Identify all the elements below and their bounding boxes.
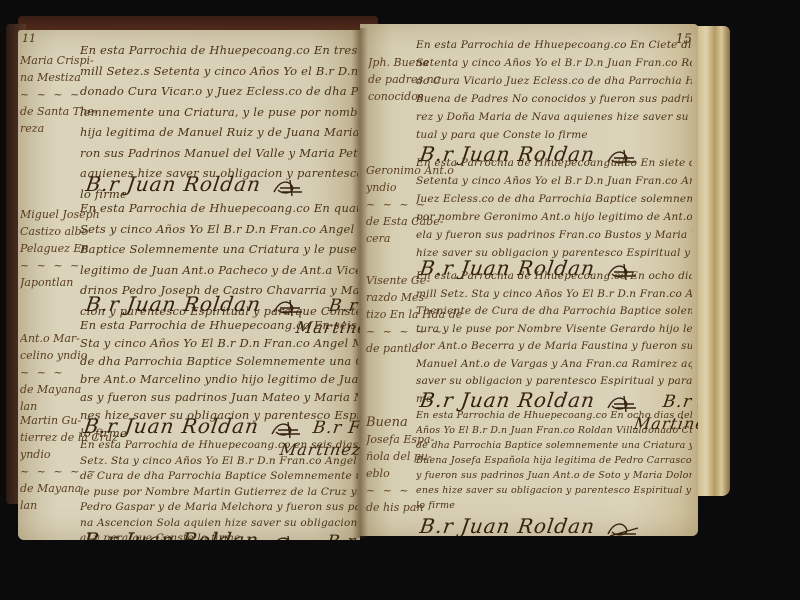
margin-note: Ant.o Mar- celino yndio ~ ~ ~ de Mayana … [20, 330, 87, 415]
rubric-flourish-icon [270, 176, 306, 198]
signature-row: B.r Juan Roldan [86, 172, 306, 198]
entry-text: En esta Parrochia de Hhuepecoang.co En C… [416, 36, 692, 144]
rubric-flourish-icon [268, 418, 304, 440]
signature-row: B.r Juan Roldan [420, 514, 640, 536]
entry-text: En esta Parrochia de Hhuepecoang.co En o… [416, 408, 692, 513]
ledger-photo: 11 Maria Crispi- na Mestiza ~ ~ ~ ~ de S… [0, 0, 800, 600]
signature-row: B.r Juan Roldan B.r Fran.co Angel Martin… [84, 528, 360, 540]
right-page: 15 Jph. Buena de padres no conocidos En … [360, 24, 698, 536]
entry-text: En esta Parrochia de Hhuepecoang.co en s… [80, 438, 358, 540]
signature: B.r Juan Roldan [84, 172, 263, 196]
rubric-flourish-icon [268, 532, 304, 541]
signature: B.r Juan Roldan [84, 292, 263, 316]
rubric-flourish-icon [604, 518, 640, 537]
entry-text: En esta Parrochia de Hhuepecoang.co En o… [416, 268, 692, 408]
signature: B.r Juan Roldan [418, 514, 597, 536]
left-page: 11 Maria Crispi- na Mestiza ~ ~ ~ ~ de S… [18, 30, 360, 540]
book-spine-gutter [352, 28, 368, 538]
rubric-flourish-icon [270, 296, 306, 318]
signature: B.r Juan Roldan [82, 528, 261, 540]
entry-text: En esta Parrochia de Hhuepecoanguilco En… [416, 154, 692, 262]
left-page-corner-mark: 11 [22, 32, 36, 45]
page-edge-stack [696, 26, 730, 496]
